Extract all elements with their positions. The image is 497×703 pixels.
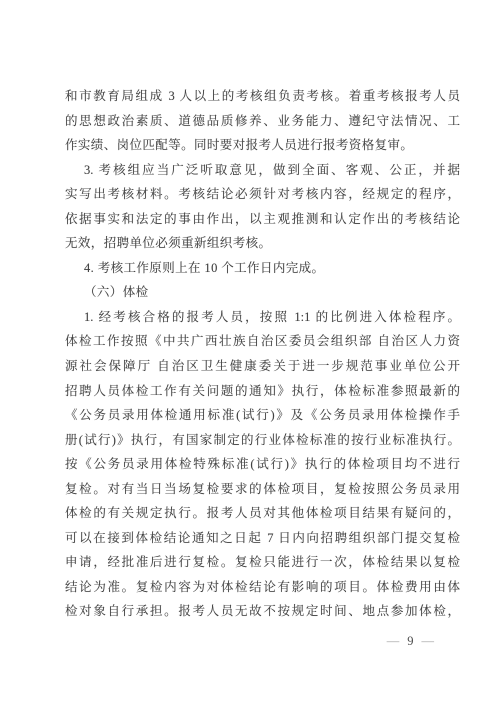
text-line: 复检。对有当日当场复检要求的体检项目，复检按照公务员录用	[65, 477, 460, 502]
page-number-dash-right: —	[422, 633, 435, 649]
text-line: 实写出考核材料。考核结论必须针对考核内容，经规定的程序，	[65, 182, 460, 207]
page-number-dash-left: —	[387, 633, 400, 649]
text-line: 按《公务员录用体检特殊标准(试行)》执行的体检项目均不进行	[65, 452, 460, 477]
text-line: 申请，经批准后进行复检。复检只能进行一次，体检结果以复检	[65, 550, 460, 575]
text-line: 可以在接到体检结论通知之日起 7 日内向招聘组织部门提交复检	[65, 526, 460, 551]
text-line: （六）体检	[65, 280, 460, 305]
text-line: 招聘人员体检工作有关问题的通知》执行，体检标准参照最新的	[65, 379, 460, 404]
text-line: 和市教育局组成 3 人以上的考核组负责考核。着重考核报考人员	[65, 84, 460, 109]
text-line: 源社会保障厅 自治区卫生健康委关于进一步规范事业单位公开	[65, 354, 460, 379]
text-line: 检对象自行承担。报考人员无故不按规定时间、地点参加体检，	[65, 599, 460, 624]
text-line: 体检的有关规定执行。报考人员对其他体检项目结果有疑问的，	[65, 501, 460, 526]
text-line: 3. 考核组应当广泛听取意见，做到全面、客观、公正，并据	[65, 158, 460, 183]
text-line: 无效，招聘单位必须重新组织考核。	[65, 231, 460, 256]
document-page: 和市教育局组成 3 人以上的考核组负责考核。着重考核报考人员的思想政治素质、道德…	[0, 0, 497, 703]
text-line: 体检工作按照《中共广西壮族自治区委员会组织部 自治区人力资	[65, 329, 460, 354]
text-line: 结论为准。复检内容为对体检结论有影响的项目。体检费用由体	[65, 575, 460, 600]
text-line: 的思想政治素质、道德品质修养、业务能力、遵纪守法情况、工	[65, 109, 460, 134]
text-line: 依据事实和法定的事由作出，以主观推测和认定作出的考核结论	[65, 207, 460, 232]
page-number-value: 9	[407, 633, 413, 649]
text-line: 1. 经考核合格的报考人员，按照 1:1 的比例进入体检程序。	[65, 305, 460, 330]
page-body: 和市教育局组成 3 人以上的考核组负责考核。着重考核报考人员的思想政治素质、道德…	[65, 84, 460, 624]
text-line: 4. 考核工作原则上在 10 个工作日内完成。	[65, 256, 460, 281]
text-line: 作实绩、岗位匹配等。同时要对报考人员进行报考资格复审。	[65, 133, 460, 158]
text-line: 册(试行)》执行，有国家制定的行业体检标准的按行业标准执行。	[65, 428, 460, 453]
text-line: 《公务员录用体检通用标准(试行)》及《公务员录用体检操作手	[65, 403, 460, 428]
page-number: — 9 —	[387, 633, 434, 649]
